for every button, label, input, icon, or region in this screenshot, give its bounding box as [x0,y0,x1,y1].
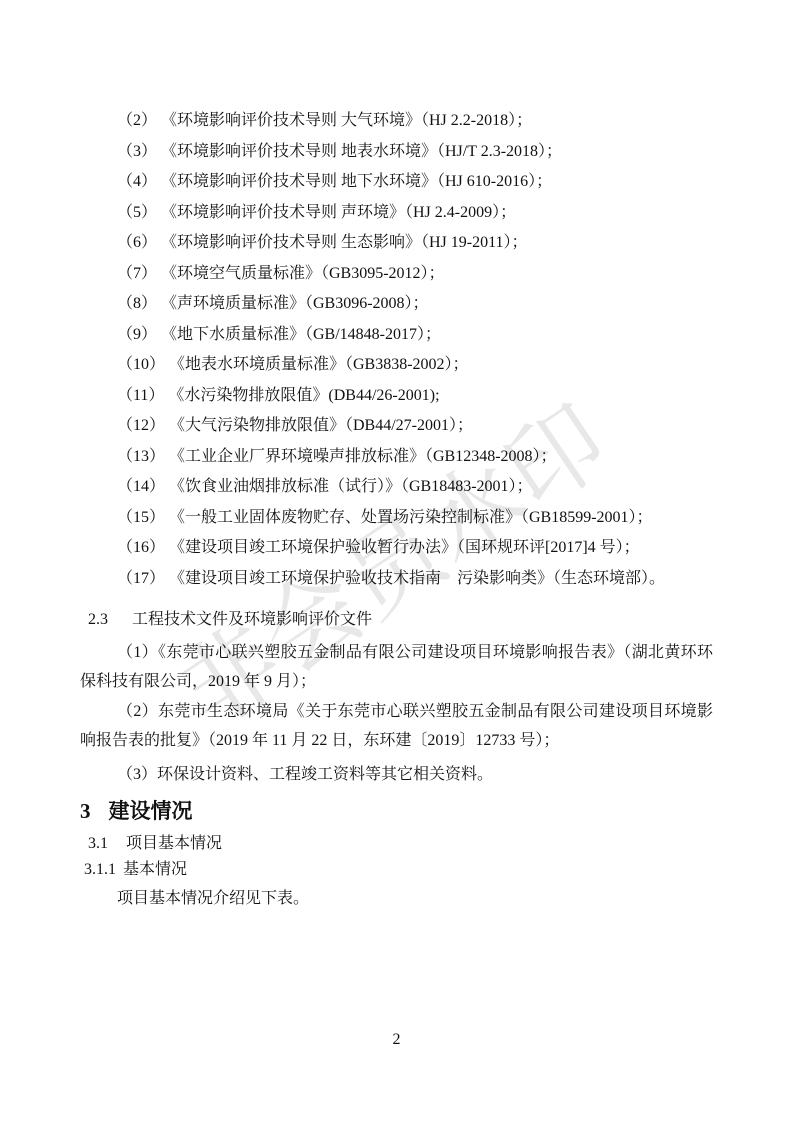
standard-item: （4） 《环境影响评价技术导则 地下水环境》（HJ 610-2016）； [80,167,713,198]
intro-paragraph: 项目基本情况介绍见下表。 [80,884,713,913]
standard-item: （15） 《一般工业固体废物贮存、处置场污染控制标准》（GB18599-2001… [80,503,713,534]
chapter-title: 建设情况 [109,799,193,823]
reference-paragraph: （2）东莞市生态环境局《关于东莞市心联兴塑胶五金制品有限公司建设项目环境影响报告… [80,697,713,755]
standard-item: （2） 《环境影响评价技术导则 大气环境》（HJ 2.2-2018）； [80,106,713,137]
chapter-number: 3 [80,799,91,823]
section-number: 3.1.1 [84,861,116,878]
standard-item: （8） 《声环境质量标准》（GB3096-2008）； [80,289,713,320]
standard-item: （9） 《地下水质量标准》（GB/14848-2017）； [80,320,713,351]
standard-item: （5） 《环境影响评价技术导则 声环境》（HJ 2.4-2009）； [80,198,713,229]
section-heading-3-1: 3.1项目基本情况 [80,831,713,857]
standard-item: （13） 《工业企业厂界环境噪声排放标准》（GB12348-2008）； [80,442,713,473]
section-heading-2-3: 2.3工程技术文件及环境影响评价文件 [80,605,713,635]
section-heading-3-1-1: 3.1.1基本情况 [80,857,713,883]
document-page: 非会员水印 （2） 《环境影响评价技术导则 大气环境》（HJ 2.2-2018）… [0,0,793,1122]
reference-paragraph: （3）环保设计资料、工程竣工资料等其它相关资料。 [80,760,713,789]
standard-item: （12） 《大气污染物排放限值》（DB44/27-2001）； [80,411,713,442]
standard-item: （17） 《建设项目竣工环境保护验收技术指南 污染影响类》（生态环境部）。 [80,564,713,595]
section-title: 工程技术文件及环境影响评价文件 [132,611,372,628]
page-content: （2） 《环境影响评价技术导则 大气环境》（HJ 2.2-2018）； （3） … [80,106,713,913]
standard-item: （14） 《饮食业油烟排放标准（试行）》（GB18483-2001）； [80,472,713,503]
standard-item: （3） 《环境影响评价技术导则 地表水环境》（HJ/T 2.3-2018）； [80,137,713,168]
standard-item: （7） 《环境空气质量标准》（GB3095-2012）； [80,259,713,290]
chapter-heading-3: 3建设情况 [80,796,713,826]
reference-paragraph: （1）《东莞市心联兴塑胶五金制品有限公司建设项目环境影响报告表》（湖北黄环环保科… [80,638,713,696]
standard-item: （16） 《建设项目竣工环境保护验收暂行办法》（国环规环评[2017]4 号）； [80,533,713,564]
section-title: 基本情况 [123,861,187,878]
standard-item: （6） 《环境影响评价技术导则 生态影响》（HJ 19-2011）； [80,228,713,259]
page-number: 2 [0,1029,793,1051]
standard-item: （10） 《地表水环境质量标准》（GB3838-2002）； [80,350,713,381]
section-title: 项目基本情况 [126,835,222,852]
section-number: 3.1 [88,835,108,852]
section-number: 2.3 [88,611,108,628]
standard-item: （11） 《水污染物排放限值》(DB44/26-2001); [80,381,713,412]
